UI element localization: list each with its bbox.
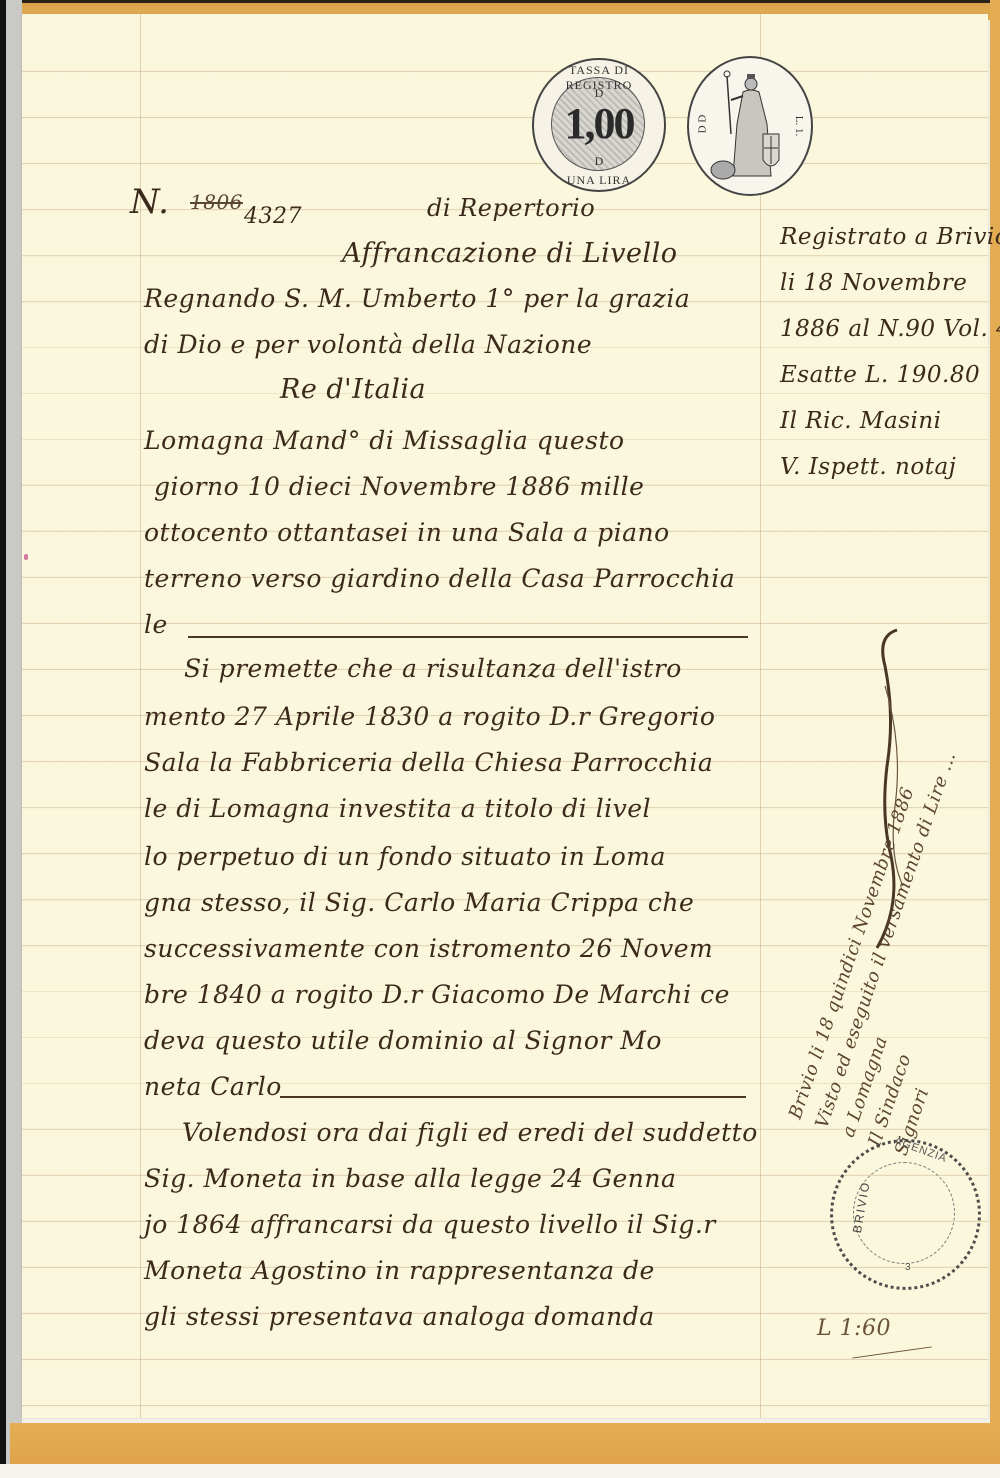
registration-margin-note: Registrato a Brivio li 18 Novembre 1886 … <box>780 214 990 490</box>
stamp-value: 1,00 <box>534 98 664 149</box>
italia-figure-stamp: D D L. 1. <box>687 56 813 196</box>
left-margin-rule <box>140 14 141 1418</box>
registration-line: Registrato a Brivio <box>780 214 990 260</box>
body-line: Sala la Fabbriceria della Chiesa Parrocc… <box>144 748 713 777</box>
stamp-inner-ring <box>853 1162 955 1264</box>
body-line: di Dio e per volontà della Nazione <box>144 330 592 359</box>
registration-line: 1886 al N.90 Vol. 4 <box>780 306 990 352</box>
body-line: Lomagna Mand° di Missaglia questo <box>144 426 625 455</box>
body-line: neta Carlo <box>144 1072 282 1101</box>
line-filler-rule <box>188 636 748 638</box>
body-line: bre 1840 a rogito D.r Giacomo De Marchi … <box>144 980 730 1009</box>
registration-line: li 18 Novembre <box>780 260 990 306</box>
repertorio-number: 4327 <box>244 204 302 229</box>
stamp-side-right-text: L. 1. <box>793 116 805 136</box>
body-line: gna stesso, il Sig. Carlo Maria Crippa c… <box>144 888 694 917</box>
ink-stamp-bottom-text: 3 <box>905 1262 911 1273</box>
paper-mark <box>24 554 28 560</box>
body-line: le di Lomagna investita a titolo di live… <box>144 794 651 823</box>
fee-note: L 1:60 <box>817 1316 891 1341</box>
body-line: gli stessi presentava analoga domanda <box>144 1302 655 1331</box>
body-line: jo 1864 affrancarsi da questo livello il… <box>144 1210 716 1239</box>
body-line: mento 27 Aprile 1830 a rogito D.r Gregor… <box>144 702 715 731</box>
stamp-letter-bottom: D <box>534 154 664 169</box>
body-line: Volendosi ora dai figli ed eredi del sud… <box>182 1118 758 1147</box>
body-line: Si premette che a risultanza dell'istro <box>184 654 682 683</box>
scan-bottom-edge <box>0 1464 1000 1478</box>
stamp-arc-bottom-text: UNA LIRA <box>534 173 664 188</box>
body-line: giorno 10 dieci Novembre 1886 mille <box>154 472 644 501</box>
italia-figure-icon <box>709 64 791 188</box>
repertorio-number-struck: 1806 <box>190 190 243 214</box>
body-line: Sig. Moneta in base alla legge 24 Genna <box>144 1164 676 1193</box>
document-page: TASSA DI REGISTRO D 1,00 D UNA LIRA D D … <box>22 14 988 1418</box>
line-filler-rule <box>280 1096 746 1098</box>
document-title: Affrancazione di Livello <box>342 238 678 269</box>
body-line: successivamente con istromento 26 Novem <box>144 934 713 963</box>
vertical-margin-annotation: Brivio li 18 quindici Novembre 1886 Vist… <box>782 739 1000 1160</box>
body-line: deva questo utile dominio al Signor Mo <box>144 1026 662 1055</box>
stamp-side-left-text: D D <box>696 115 708 134</box>
body-line: Re d'Italia <box>280 374 426 405</box>
repertorio-label: di Repertorio <box>427 194 595 222</box>
registration-line: Il Ric. Masini <box>780 398 990 444</box>
body-line: Moneta Agostino in rappresentanza de <box>144 1256 655 1285</box>
body-line: ottocento ottantasei in una Sala a piano <box>144 518 670 547</box>
body-line: lo perpetuo di un fondo situato in Loma <box>144 842 666 871</box>
body-line: terreno verso giardino della Casa Parroc… <box>144 564 735 593</box>
repertorio-prefix: N. <box>130 182 169 222</box>
registry-office-ink-stamp: AGENZIA BRIVIO 3 <box>830 1139 981 1290</box>
fee-underline <box>852 1346 931 1358</box>
tax-revenue-stamp: TASSA DI REGISTRO D 1,00 D UNA LIRA <box>532 58 666 192</box>
body-line: Regnando S. M. Umberto 1° per la grazia <box>144 284 690 313</box>
registration-line: Esatte L. 190.80 <box>780 352 990 398</box>
scan-grey-margin <box>6 0 22 1478</box>
body-line: le <box>144 610 168 639</box>
registration-line: V. Ispett. notaj <box>780 444 990 490</box>
right-margin-rule <box>760 14 761 1418</box>
backing-sheet-right <box>990 0 1000 1478</box>
